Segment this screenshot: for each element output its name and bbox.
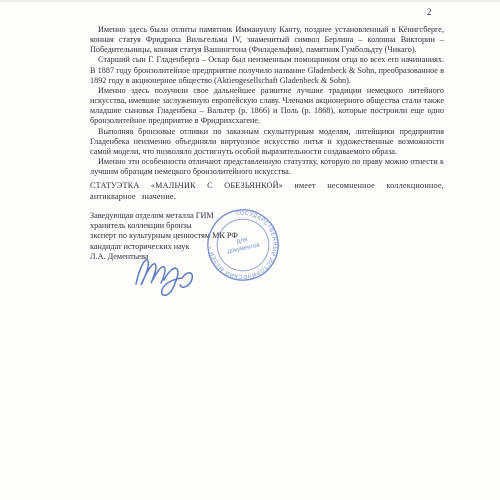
paragraph-casting-quality: Выполняя бронзовые отливки по заказным с… xyxy=(90,127,444,157)
paragraph-statuette-conclusion: СТАТУЭТКА «МАЛЬЧИК С ОБЕЗЬЯНКОЙ» имеет н… xyxy=(90,181,444,201)
round-stamp: ГОСУДАРСТВЕННЫЙ ИСТОРИЧЕСКИЙ МУЗЕЙ * для… xyxy=(197,199,290,292)
paragraph-founding-monuments: Именно здесь были отлиты памятник Имману… xyxy=(90,25,444,55)
paragraph-best-examples: Именно эти особенности отличают представ… xyxy=(90,157,444,177)
stamp-center-line2: документов xyxy=(227,242,260,255)
paragraph-oskar-gladenbeck: Старший сын Г. Гладенберга – Оскар был н… xyxy=(90,55,444,85)
paragraph-sons-walter-paul: Именно здесь получили свое дальнейшее ра… xyxy=(90,86,444,127)
page-number: 2 xyxy=(427,7,432,17)
scan-edge-artifact xyxy=(0,0,500,2)
document-page: 2 Именно здесь были отлиты памятник Имма… xyxy=(0,0,500,500)
stamp-center-line1: для xyxy=(236,236,248,245)
document-body: Именно здесь были отлиты памятник Имману… xyxy=(90,25,444,202)
